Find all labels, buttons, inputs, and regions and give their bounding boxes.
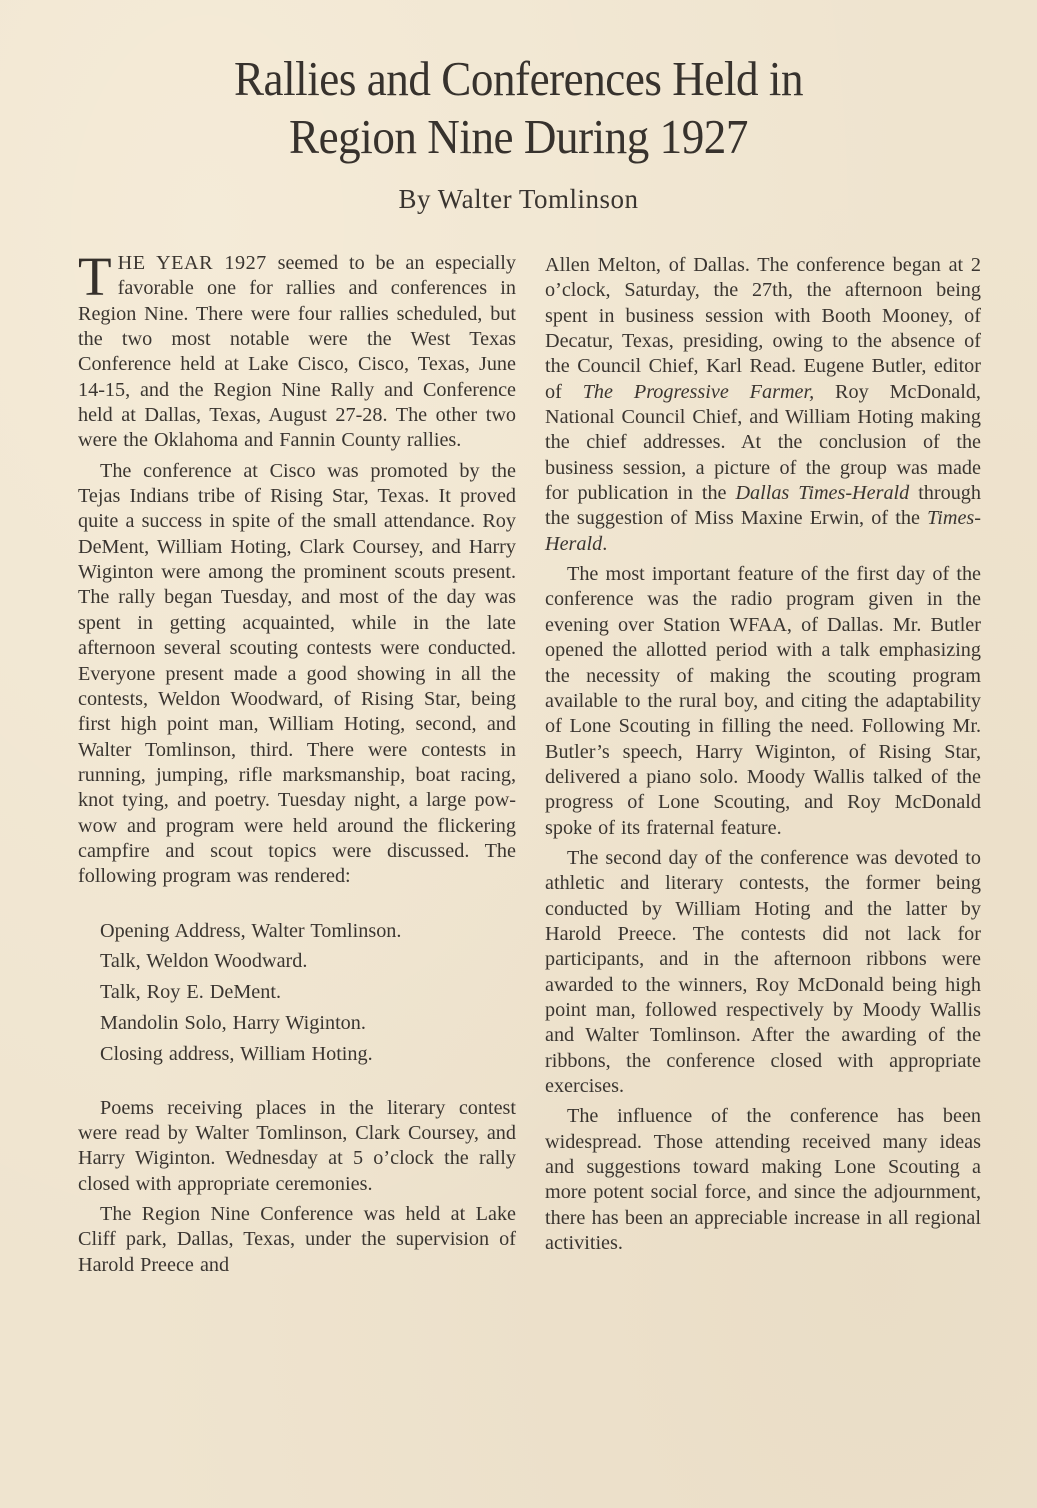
- program-item: Opening Address, Walter Tomlinson.: [100, 916, 516, 947]
- drop-cap: T: [78, 253, 112, 299]
- paragraph-text: .: [602, 533, 607, 555]
- paragraph-text: seemed to be an especially favorable one…: [78, 252, 516, 451]
- program-list: Opening Address, Walter Tomlinson. Talk,…: [100, 916, 516, 1070]
- italic-publication-title: The Progressive Farmer,: [583, 381, 814, 403]
- article-title: Rallies and Conferences Held in Region N…: [41, 50, 995, 166]
- paragraph-cisco: The conference at Cisco was promoted by …: [78, 459, 516, 890]
- title-line-1: Rallies and Conferences Held in: [41, 50, 995, 108]
- paragraph-intro: THE YEAR 1927 seemed to be an especially…: [78, 251, 516, 454]
- italic-publication-title: Dallas Times-Herald: [735, 482, 909, 504]
- paragraph-influence: The influence of the conference has been…: [545, 1104, 981, 1256]
- program-item: Closing address, William Hoting.: [100, 1039, 516, 1070]
- right-column: Allen Melton, of Dallas. The conference …: [545, 253, 981, 1256]
- paragraph-poems: Poems receiving places in the literary c…: [78, 1096, 516, 1197]
- lead-in-caps: HE YEAR 1927: [118, 252, 267, 274]
- program-item: Talk, Weldon Woodward.: [100, 946, 516, 977]
- paragraph-continuation: Allen Melton, of Dallas. The conference …: [545, 253, 981, 557]
- left-column: THE YEAR 1927 seemed to be an especially…: [78, 251, 516, 1278]
- paragraph-second-day: The second day of the conference was dev…: [545, 846, 981, 1099]
- byline: By Walter Tomlinson: [0, 184, 1037, 215]
- paragraph-region-nine: The Region Nine Conference was held at L…: [78, 1202, 516, 1278]
- title-line-2: Region Nine During 1927: [41, 108, 995, 166]
- program-item: Talk, Roy E. DeMent.: [100, 977, 516, 1008]
- program-item: Mandolin Solo, Harry Wiginton.: [100, 1008, 516, 1039]
- paragraph-radio: The most important feature of the first …: [545, 562, 981, 841]
